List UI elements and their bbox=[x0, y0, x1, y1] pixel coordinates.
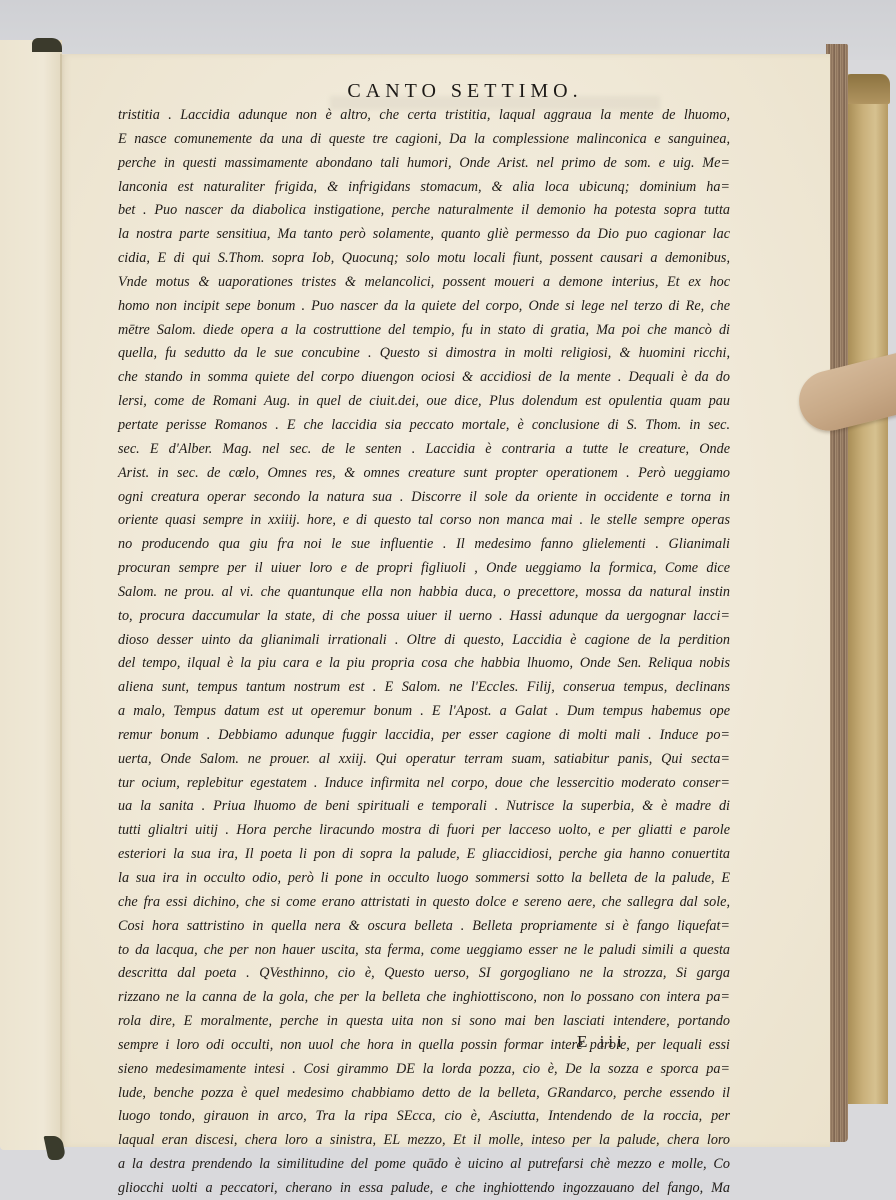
text-line: to da lacqua, che per non hauer uscita, … bbox=[118, 939, 730, 963]
text-line: mētre Salom. diede opera a la costruttio… bbox=[118, 319, 730, 343]
text-line: rizzano ne la canna de la gola, che per … bbox=[118, 986, 730, 1010]
left-page-edge bbox=[0, 40, 62, 1150]
text-line: E nasce comunemente da una di queste tre… bbox=[118, 128, 730, 152]
text-line: Cosi hora sattristino in quella nera & o… bbox=[118, 915, 730, 939]
text-line: Vnde motus & uaporationes tristes & mela… bbox=[118, 271, 730, 295]
text-line: luogo tondo, girauon in arco, Tra la rip… bbox=[118, 1105, 730, 1129]
text-line: sieno medesimamente intesi . Cosi giramm… bbox=[118, 1058, 730, 1082]
text-line: tur ocium, replebitur egestatem . Induce… bbox=[118, 772, 730, 796]
text-line: lersi, come de Romani Aug. in quel de ci… bbox=[118, 390, 730, 414]
text-line: rola dire, E moralmente, perche in quest… bbox=[118, 1010, 730, 1034]
text-line: sec. E d'Alber. Mag. nel sec. de le sent… bbox=[118, 438, 730, 462]
text-line: lude, benche pozza è quel medesimo chabb… bbox=[118, 1082, 730, 1106]
text-line: descritta dal poeta . QVesthinno, cio è,… bbox=[118, 962, 730, 986]
text-line: la sua ira in occulto odio, però li pone… bbox=[118, 867, 730, 891]
text-line: to, procura daccumular la state, di che … bbox=[118, 605, 730, 629]
page-gutter bbox=[60, 54, 62, 1146]
binding-headcap bbox=[846, 74, 890, 104]
text-line: a la destra prendendo la similitudine de… bbox=[118, 1153, 730, 1177]
text-line: Salom. ne prou. al vi. che quantunque el… bbox=[118, 581, 730, 605]
text-line: no producendo qua giu fra noi le sue inf… bbox=[118, 533, 730, 557]
signature-mark: E iii bbox=[577, 1032, 626, 1052]
text-line: ogni creatura operar secondo la natura s… bbox=[118, 486, 730, 510]
vellum-binding bbox=[846, 74, 888, 1104]
body-text: tristitia . Laccidia adunque non è altro… bbox=[118, 104, 818, 1200]
text-line: Arist. in sec. de cœlo, Omnes res, & omn… bbox=[118, 462, 730, 486]
text-line: del tempo, ilqual è la piu cara e la piu… bbox=[118, 652, 730, 676]
text-line: che fra essi dichino, che si come erano … bbox=[118, 891, 730, 915]
text-line: cidia, E di qui S.Thom. sopra Iob, Quocu… bbox=[118, 247, 730, 271]
text-line: oriente quasi sempre in xxiiij. hore, e … bbox=[118, 509, 730, 533]
text-line: bet . Puo nascer da diabolica instigatio… bbox=[118, 199, 730, 223]
text-line: pertate perisse Romanos . E che laccidia… bbox=[118, 414, 730, 438]
text-line: quella, fu sedutto da le sue concubine .… bbox=[118, 342, 730, 366]
text-line: gliocchi uolti a peccatori, cherano in e… bbox=[118, 1177, 730, 1200]
book-tab-top bbox=[32, 38, 62, 52]
text-line: sempre i loro odi occulti, non uuol che … bbox=[118, 1034, 730, 1058]
running-head: CANTO SETTIMO. bbox=[60, 80, 830, 103]
text-line: homo non incipit sepe bonum . Puo nascer… bbox=[118, 295, 730, 319]
text-line: lanconia est naturaliter frigida, & infr… bbox=[118, 176, 730, 200]
text-line: esteriori la sua ira, Il poeta li pon di… bbox=[118, 843, 730, 867]
backdrop bbox=[0, 0, 896, 60]
text-line: procuran sempre per il uiuer loro e de p… bbox=[118, 557, 730, 581]
text-line: remur bonum . Debbiamo adunque fuggir la… bbox=[118, 724, 730, 748]
text-line: a malo, Tempus datum est ut operemur bon… bbox=[118, 700, 730, 724]
text-line: che stando in somma quiete del corpo diu… bbox=[118, 366, 730, 390]
text-line: la nostra parte sensitiua, Ma tanto però… bbox=[118, 223, 730, 247]
text-line: dioso desser uinto da glianimali irratio… bbox=[118, 629, 730, 653]
text-line: aliena sunt, tempus tantum nostrum est .… bbox=[118, 676, 730, 700]
text-line: laqual eran discesi, chera loro a sinist… bbox=[118, 1129, 730, 1153]
text-line: uerta, Onde Salom. ne prouer. al xxiij. … bbox=[118, 748, 730, 772]
text-line: perche in questi massimamente abondano t… bbox=[118, 152, 730, 176]
text-line: tutti glialtri uitij . Hora perche lirac… bbox=[118, 819, 730, 843]
text-line: ua la sanita . Priua lhuomo de beni spir… bbox=[118, 795, 730, 819]
text-line: tristitia . Laccidia adunque non è altro… bbox=[118, 104, 730, 128]
